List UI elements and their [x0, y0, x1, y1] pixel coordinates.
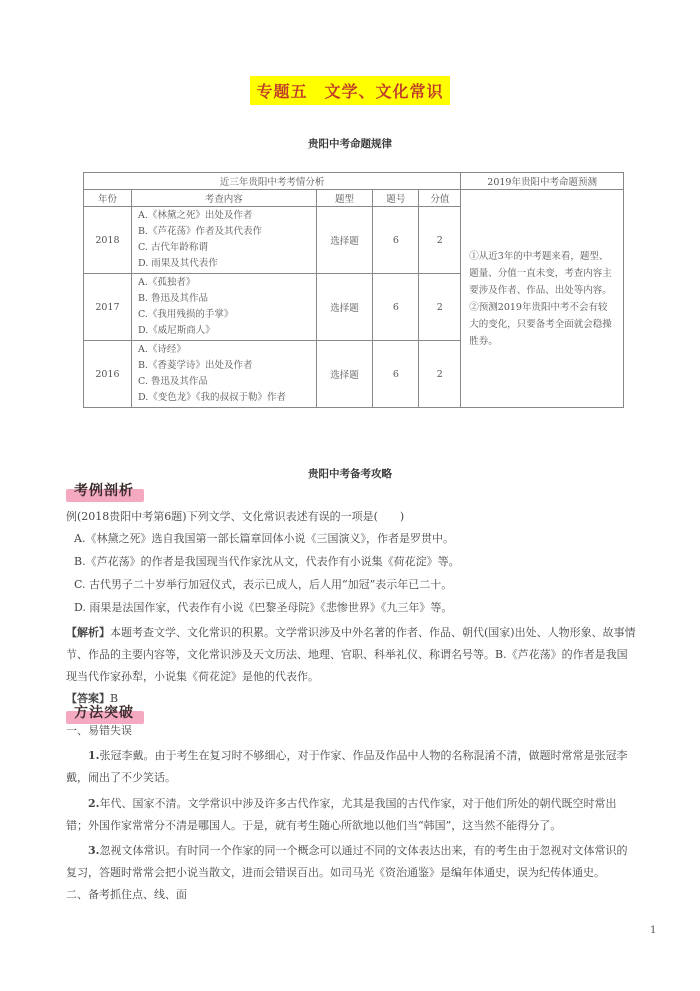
col-header-content: 考查内容: [131, 190, 316, 207]
exam-analysis-table: 近三年贵阳中考考情分析 2019年贵阳中考命题预测 年份 考查内容 题型 题号 …: [83, 172, 624, 408]
type-cell: 选择题: [316, 207, 373, 274]
method-item-text: 忽视文体常识。有时同一个作家的同一个概念可以通过不同的文体表达出来，有的考生由于…: [66, 844, 627, 879]
content-cell: A.《诗经》 B.《香菱学诗》出处及作者 C. 鲁迅及其作品 D.《变色龙》《我…: [131, 341, 316, 408]
group-header-right: 2019年贵阳中考命题预测: [461, 173, 624, 190]
col-header-year: 年份: [84, 190, 132, 207]
year-cell: 2016: [84, 341, 132, 408]
example-option-c: C. 古代男子二十岁举行加冠仪式，表示已成人，后人用“加冠”表示年已二十。: [74, 578, 644, 592]
content-cell: A.《林黛之死》出处及作者 B.《芦花荡》作者及其代表作 C. 古代年龄称谓 D…: [131, 207, 316, 274]
method-item-number: 1.: [88, 749, 99, 762]
content-item: D.《威尼斯商人》: [138, 323, 310, 339]
content-item: C. 古代年龄称谓: [138, 240, 310, 256]
content-item: C.《我用残损的手掌》: [138, 307, 310, 323]
method-item-2: 2.年代、国家不清。文学常识中涉及许多古代作家，尤其是我国的古代作家，对于他们所…: [66, 793, 636, 837]
example-option-b: B.《芦花荡》的作者是我国现当代作家沈从文，代表作有小说集《荷花淀》等。: [74, 555, 644, 569]
method-item-text: 年代、国家不清。文学常识中涉及许多古代作家，尤其是我国的古代作家，对于他们所处的…: [66, 797, 616, 832]
analysis-label: 【解析】: [66, 626, 110, 639]
content-item: B.《香菱学诗》出处及作者: [138, 358, 310, 374]
method-item-3: 3.忽视文体常识。有时同一个作家的同一个概念可以通过不同的文体表达出来，有的考生…: [66, 840, 636, 884]
type-cell: 选择题: [316, 274, 373, 341]
method-heading-2: 二、备考抓住点、线、面: [66, 888, 636, 902]
group-header-left: 近三年贵阳中考考情分析: [84, 173, 461, 190]
tag-method-breakthrough: 方法突破: [66, 702, 144, 724]
content-item: D.《变色龙》《我的叔叔于勒》作者: [138, 390, 310, 406]
tag-label: 方法突破: [74, 702, 134, 722]
section-heading-rules: 贵阳中考命题规律: [0, 136, 700, 151]
answer-line: 【答案】B: [66, 692, 636, 706]
content-item: A.《林黛之死》出处及作者: [138, 208, 310, 224]
example-question: 例(2018贵阳中考第6题)下列文学、文化常识表述有误的一项是( ): [66, 510, 636, 524]
content-item: D. 雨果及其代表作: [138, 256, 310, 272]
content-item: A.《诗经》: [138, 342, 310, 358]
title-container: 专题五 文学、文化常识: [0, 76, 700, 105]
content-item: C. 鲁迅及其作品: [138, 374, 310, 390]
content-item: A.《孤独者》: [138, 275, 310, 291]
col-header-score: 分值: [419, 190, 461, 207]
analysis-text: 本题考查文学、文化常识的积累。文学常识涉及中外名著的作者、作品、朝代(国家)出处…: [66, 626, 636, 683]
content-cell: A.《孤独者》 B. 鲁迅及其作品 C.《我用残损的手掌》 D.《威尼斯商人》: [131, 274, 316, 341]
year-cell: 2017: [84, 274, 132, 341]
section-heading-strategy: 贵阳中考备考攻略: [0, 466, 700, 481]
method-heading-1: 一、易错失误: [66, 724, 636, 738]
score-cell: 2: [419, 207, 461, 274]
analysis-paragraph: 【解析】本题考查文学、文化常识的积累。文学常识涉及中外名著的作者、作品、朝代(国…: [66, 622, 636, 688]
page-title: 专题五 文学、文化常识: [250, 76, 449, 105]
number-cell: 6: [373, 207, 419, 274]
col-header-type: 题型: [316, 190, 373, 207]
score-cell: 2: [419, 341, 461, 408]
example-option-d: D. 雨果是法国作家，代表作有小说《巴黎圣母院》《悲惨世界》《九三年》等。: [74, 601, 644, 615]
method-item-1: 1.张冠李戴。由于考生在复习时不够细心，对于作家、作品及作品中人物的名称混淆不清…: [66, 745, 636, 789]
number-cell: 6: [373, 341, 419, 408]
tag-label: 考例剖析: [74, 480, 134, 500]
page-number: 1: [650, 925, 656, 936]
content-item: B. 鲁迅及其作品: [138, 291, 310, 307]
prediction-cell: ①从近3年的中考题来看，题型、题量、分值一直未变，考查内容主要涉及作者、作品、出…: [461, 190, 624, 408]
number-cell: 6: [373, 274, 419, 341]
example-option-a: A.《林黛之死》选自我国第一部长篇章回体小说《三国演义》，作者是罗贯中。: [74, 532, 644, 546]
method-item-text: 张冠李戴。由于考生在复习时不够细心，对于作家、作品及作品中人物的名称混淆不清，做…: [66, 749, 627, 784]
type-cell: 选择题: [316, 341, 373, 408]
score-cell: 2: [419, 274, 461, 341]
method-item-number: 2.: [88, 797, 99, 810]
method-item-number: 3.: [88, 844, 99, 857]
content-item: B.《芦花荡》作者及其代表作: [138, 224, 310, 240]
col-header-number: 题号: [373, 190, 419, 207]
tag-example-analysis: 考例剖析: [66, 480, 144, 502]
year-cell: 2018: [84, 207, 132, 274]
